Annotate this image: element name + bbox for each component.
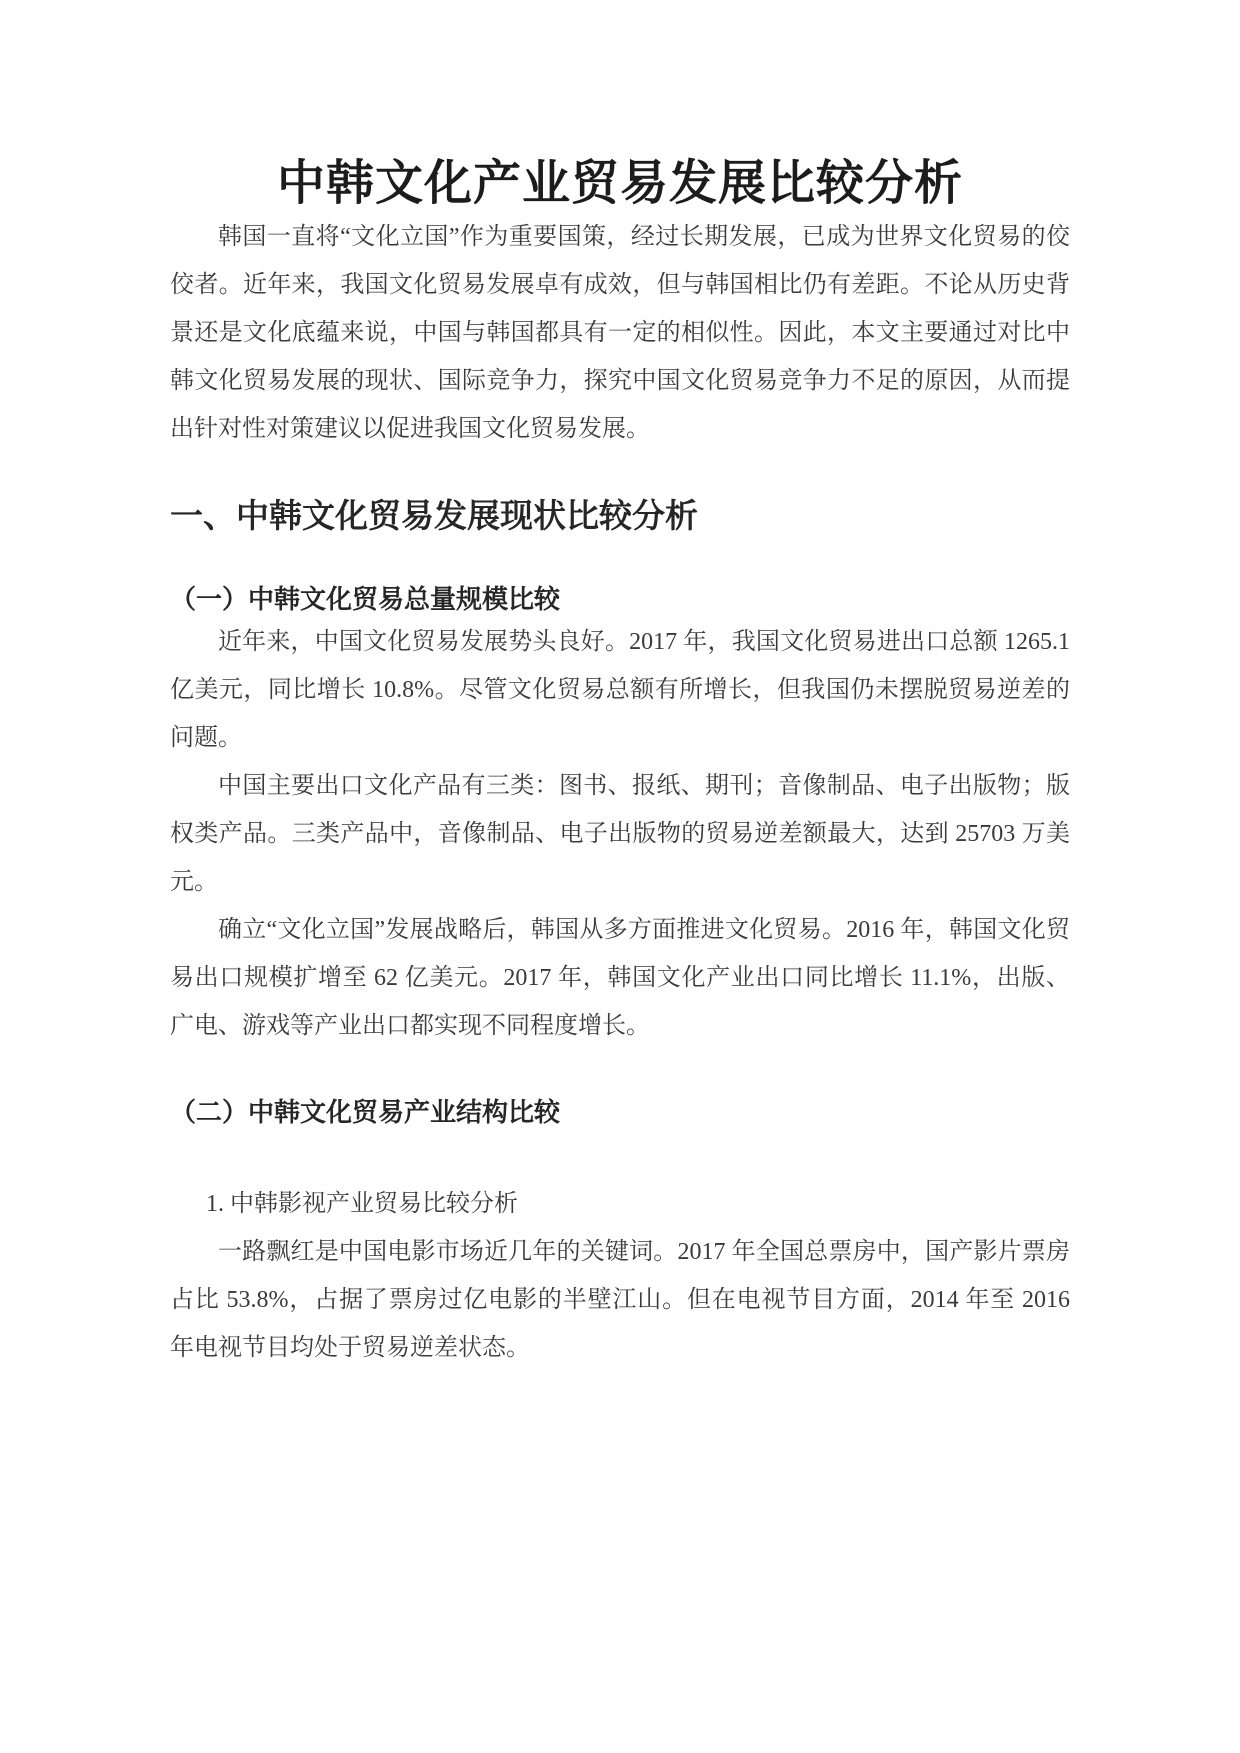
intro-paragraph: 韩国一直将“文化立国”作为重要国策，经过长期发展，已成为世界文化贸易的佼佼者。近… [170,213,1070,453]
document-page: 中韩文化产业贸易发展比较分析 韩国一直将“文化立国”作为重要国策，经过长期发展，… [0,0,1240,1753]
section-1-heading: 一、中韩文化贸易发展现状比较分析 [170,495,1070,538]
subsection-1-1-heading: （一）中韩文化贸易总量规模比较 [170,582,1070,617]
list-item-1-heading: 1. 中韩影视产业贸易比较分析 [170,1180,1070,1228]
paragraph-trade-total-2: 中国主要出口文化产品有三类：图书、报纸、期刊；音像制品、电子出版物；版权类产品。… [170,762,1070,906]
subsection-1-2-heading: （二）中韩文化贸易产业结构比较 [170,1095,1070,1130]
paragraph-film-tv-1: 一路飘红是中国电影市场近几年的关键词。2017 年全国总票房中，国产影片票房占比… [170,1228,1070,1372]
paragraph-trade-total-1: 近年来，中国文化贸易发展势头良好。2017 年，我国文化贸易进出口总额 1265… [170,618,1070,762]
paragraph-trade-total-3: 确立“文化立国”发展战略后，韩国从多方面推进文化贸易。2016 年，韩国文化贸易… [170,906,1070,1050]
document-title: 中韩文化产业贸易发展比较分析 [170,155,1070,213]
